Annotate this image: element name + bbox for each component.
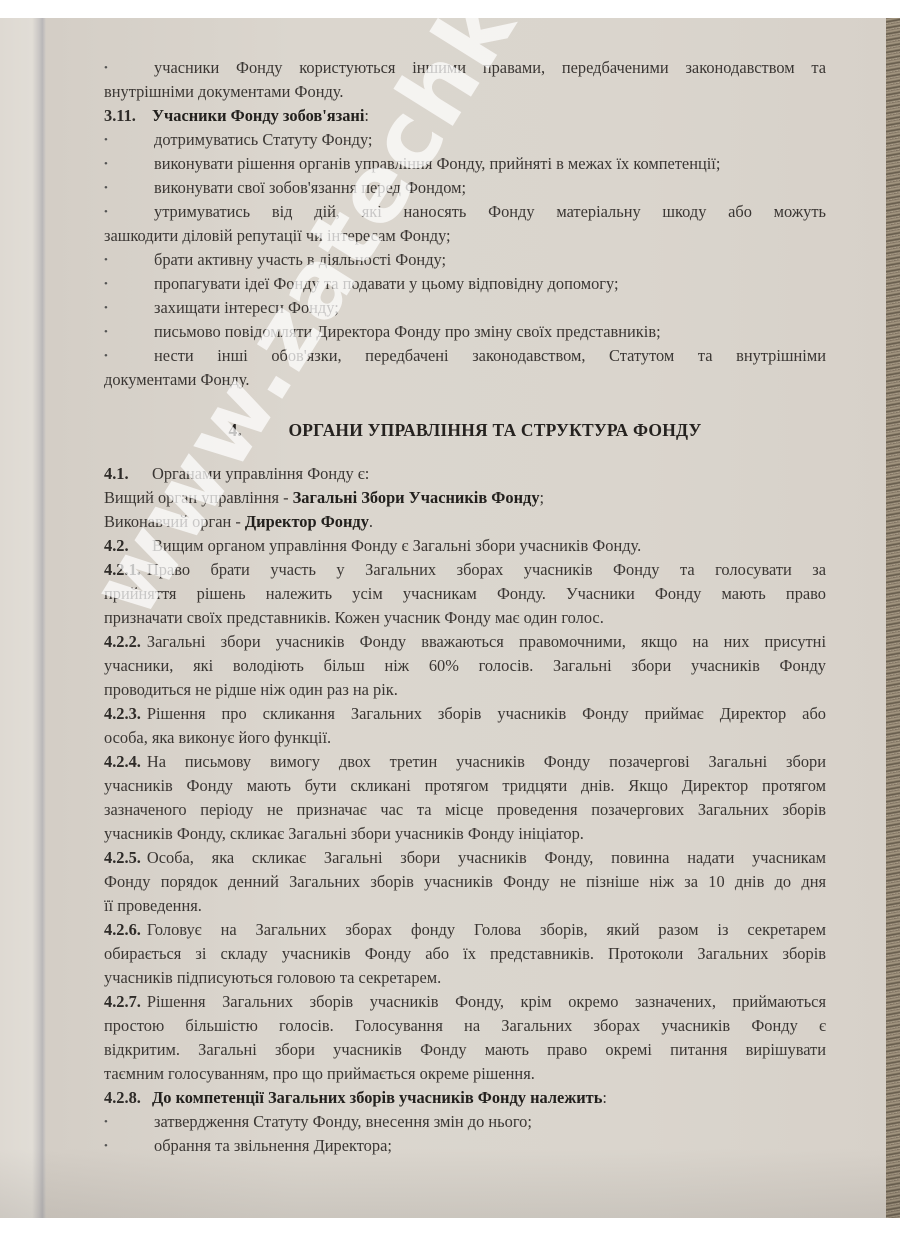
document-photo: • учасники Фонду користуються іншими пра… [0, 18, 900, 1218]
paragraph-line: внутрішніми документами Фонду. [104, 80, 826, 104]
clause-number: 3.11. [104, 104, 152, 128]
list-item-text: письмово повідомляти Директора Фонду про… [154, 320, 661, 344]
list-item-text: виконувати рішення органів управління Фо… [154, 152, 720, 176]
paragraph-line: відкритим. Загальні збори учасників Фонд… [104, 1038, 826, 1062]
section-title: ОРГАНИ УПРАВЛІННЯ ТА СТРУКТУРА ФОНДУ [288, 420, 701, 440]
obligations-list-1: •дотримуватись Статуту Фонду;•виконувати… [104, 128, 826, 200]
bullet-icon: • [104, 344, 154, 368]
paragraph-line: 4.2.4.На письмову вимогу двох третин уча… [104, 750, 826, 774]
bullet-icon: • [104, 128, 154, 152]
higher-body-line: Вищий орган управління - Загальні Збори … [104, 486, 826, 510]
section-heading: 4.ОРГАНИ УПРАВЛІННЯ ТА СТРУКТУРА ФОНДУ [104, 418, 826, 442]
binding-strip [0, 18, 46, 1218]
clause-number: 4.2.7. [104, 990, 141, 1014]
paragraph-line: зазначеного періоду не призначає час та … [104, 798, 826, 822]
clause-number: 4.2.1. [104, 558, 141, 582]
bullet-icon: • [104, 176, 154, 200]
list-item: •затвердження Статуту Фонду, внесення зм… [104, 1110, 826, 1134]
clause-4-2-4: 4.2.4.На письмову вимогу двох третин уча… [104, 750, 826, 846]
paragraph-line: прийняття рішень належить усім учасникам… [104, 582, 826, 606]
clause-3-11: 3.11.Учасники Фонду зобов'язані: [104, 104, 826, 128]
bullet-icon: • [104, 56, 154, 80]
paragraph-line: 4.2.6.Головує на Загальних зборах фонду … [104, 918, 826, 942]
clause-4-2-5: 4.2.5.Особа, яка скликає Загальні збори … [104, 846, 826, 918]
list-item-text: брати активну участь в діяльності Фонду; [154, 248, 446, 272]
list-item: • учасники Фонду користуються іншими пра… [104, 56, 826, 80]
list-item: •пропагувати ідеї Фонду та подавати у ць… [104, 272, 826, 296]
paragraph-line: документами Фонду. [104, 368, 826, 392]
shadow [0, 1148, 900, 1218]
clause-4-2-2: 4.2.2.Загальні збори учасників Фонду вва… [104, 630, 826, 702]
paragraph-line: призначати своїх представників. Кожен уч… [104, 606, 826, 630]
clause-4-2-1: 4.2.1.Право брати участь у Загальних збо… [104, 558, 826, 630]
paragraph-line: учасників Фонду мають бути скликані прот… [104, 774, 826, 798]
paragraph-line: учасників підписуються головою та секрет… [104, 966, 826, 990]
section-number: 4. [228, 418, 288, 442]
list-item-text: пропагувати ідеї Фонду та подавати у цьо… [154, 272, 619, 296]
clause-4-2-8: 4.2.8.До компетенції Загальних зборів уч… [104, 1086, 826, 1110]
paragraph-line: проводиться не рідше ніж один раз на рік… [104, 678, 826, 702]
list-item: •виконувати свої зобов'язання перед Фонд… [104, 176, 826, 200]
list-item: •брати активну участь в діяльності Фонду… [104, 248, 826, 272]
paragraph-line: 4.2.7.Рішення Загальних зборів учасників… [104, 990, 826, 1014]
paragraph-line: зашкодити діловій репутації чи інтересам… [104, 224, 826, 248]
clause-4-2-6: 4.2.6.Головує на Загальних зборах фонду … [104, 918, 826, 990]
paragraph-line: особа, яка виконує його функції. [104, 726, 826, 750]
obligations-list-2: •брати активну участь в діяльності Фонду… [104, 248, 826, 344]
page-edge [886, 18, 900, 1218]
clause-number: 4.2.6. [104, 918, 141, 942]
list-item-text: виконувати свої зобов'язання перед Фондо… [154, 176, 466, 200]
paragraph-line: таємним голосуванням, про що приймається… [104, 1062, 826, 1086]
paragraph-line: 4.2.3.Рішення про скликання Загальних зб… [104, 702, 826, 726]
subclauses: 4.2.1.Право брати участь у Загальних збо… [104, 558, 826, 1086]
bullet-icon: • [104, 320, 154, 344]
clause-title: Учасники Фонду зобов'язані [152, 106, 364, 125]
clause-4-2: 4.2.Вищим органом управління Фонду є Заг… [104, 534, 826, 558]
list-item: • нести інші обов'язки, передбачені зако… [104, 344, 826, 368]
clause-4-1: 4.1.Органами управління Фонду є: [104, 462, 826, 486]
bullet-icon: • [104, 152, 154, 176]
paragraph-line: учасників Фонду, скликає Загальні збори … [104, 822, 826, 846]
list-item: • утримуватись від дій, які наносять Фон… [104, 200, 826, 224]
bullet-icon: • [104, 272, 154, 296]
list-item-text: затвердження Статуту Фонду, внесення змі… [154, 1110, 532, 1134]
paragraph-line: учасники, які володіють більш ніж 60% го… [104, 654, 826, 678]
clause-4-2-3: 4.2.3.Рішення про скликання Загальних зб… [104, 702, 826, 750]
bullet-icon: • [104, 200, 154, 224]
list-item: •письмово повідомляти Директора Фонду пр… [104, 320, 826, 344]
bullet-icon: • [104, 296, 154, 320]
paragraph-line: Фонду порядок денний Загальних зборів уч… [104, 870, 826, 894]
clause-number: 4.2.2. [104, 630, 141, 654]
executive-body-line: Виконавчий орган - Директор Фонду. [104, 510, 826, 534]
document-body: • учасники Фонду користуються іншими пра… [104, 56, 826, 1158]
list-item-text: захищати інтереси Фонду; [154, 296, 339, 320]
list-item: •захищати інтереси Фонду; [104, 296, 826, 320]
clause-number: 4.2.3. [104, 702, 141, 726]
paragraph-line: 4.2.5.Особа, яка скликає Загальні збори … [104, 846, 826, 870]
clause-4-2-7: 4.2.7.Рішення Загальних зборів учасників… [104, 990, 826, 1086]
paragraph-line: обирається зі складу учасників Фонду або… [104, 942, 826, 966]
bullet-icon: • [104, 1110, 154, 1134]
paragraph-line: 4.2.2.Загальні збори учасників Фонду вва… [104, 630, 826, 654]
list-item: •виконувати рішення органів управління Ф… [104, 152, 826, 176]
paragraph-line: простою більшістю голосів. Голосування н… [104, 1014, 826, 1038]
list-item: •дотримуватись Статуту Фонду; [104, 128, 826, 152]
clause-number: 4.2.5. [104, 846, 141, 870]
list-item-text: дотримуватись Статуту Фонду; [154, 128, 372, 152]
paragraph-line: 4.2.1.Право брати участь у Загальних збо… [104, 558, 826, 582]
bullet-icon: • [104, 248, 154, 272]
clause-number: 4.2.4. [104, 750, 141, 774]
paragraph-line: її проведення. [104, 894, 826, 918]
